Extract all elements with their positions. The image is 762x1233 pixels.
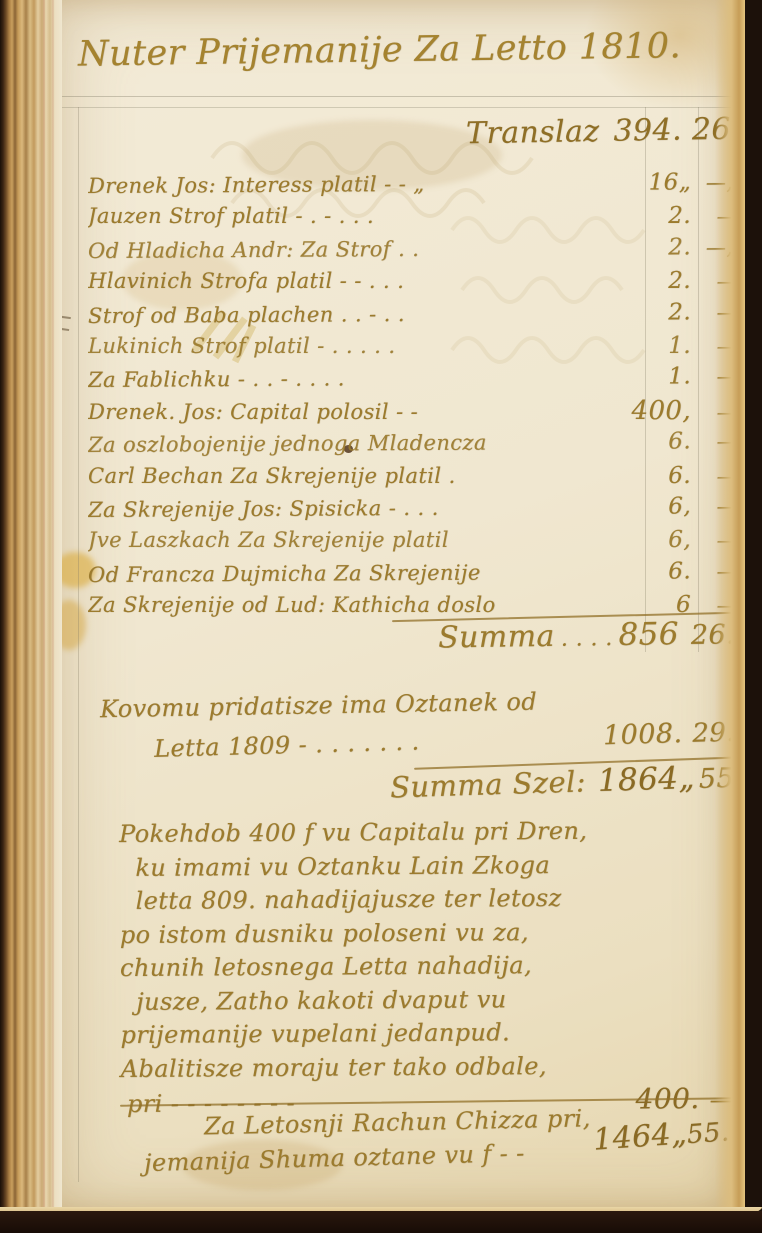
summa-total-label: Summa Szel: — [390, 764, 587, 804]
entry-description: Carl Bechan Za Skrejenije platil . — [88, 460, 617, 492]
entry-amount: 6. — [617, 425, 691, 458]
page-right-edge — [715, 0, 745, 1212]
ledger-row: Lukinich Strof platil - . . . . .1.— — [88, 330, 737, 362]
entry-description: Za Skrejenije Jos: Spisicka - . . . — [88, 491, 617, 527]
entry-description: Od Hladicha Andr: Za Strof . . — [88, 232, 617, 268]
summa-dots: . . . . — [561, 626, 613, 652]
ledger-book: Nuter Prijemanije Za Letto 1810. Transla… — [0, 0, 762, 1233]
carryover-line1: Kovomu pridatisze ima Oztanek od — [62, 684, 735, 724]
carryover-block: Kovomu pridatisze ima Oztanek od Letta 1… — [62, 690, 735, 757]
entry-description: Za Fablichku - . . - . . . . — [88, 361, 617, 397]
entry-amount: 6. — [617, 460, 691, 492]
entry-amount: 1. — [617, 330, 691, 362]
summa-total-amount: 1864„ — [597, 760, 695, 799]
pencil-rule-horizontal — [62, 96, 745, 97]
entry-description: Jve Laszkach Za Skrejenije platil — [88, 524, 617, 556]
entry-amount: 1. — [617, 361, 691, 394]
entry-description: Lukinich Strof platil - . . . . . — [88, 330, 617, 362]
ledger-row: Za Skrejenije Jos: Spisicka - . . .6,— — [88, 490, 737, 526]
entry-amount: 16„ — [617, 166, 691, 199]
carryover-line2-text: Letta 1809 - . . . . . . . — [154, 727, 420, 762]
entry-description: Za oszlobojenije jednoga Mladencza — [88, 426, 617, 462]
background-surface — [0, 1211, 762, 1233]
note-line: Abalitisze moraju ter tako odbale, — [93, 1048, 734, 1086]
closing-amount: 1464„ — [591, 1116, 687, 1157]
note-line: chunih letosnega Letta nahadija, — [92, 948, 733, 986]
ledger-row: Od Francza Dujmicha Za Skrejenije6.— — [88, 555, 737, 591]
carryover-amount: 1008. — [603, 718, 683, 751]
note-line: ku imami vu Oztanku Lain Zkoga — [91, 847, 732, 885]
ledger-row: Jve Laszkach Za Skrejenije platil6,— — [88, 524, 737, 556]
ledger-row: Za oszlobojenije jednoga Mladencza6.— — [88, 425, 737, 461]
note-line: letta 809. nahadijajusze ter letosz — [91, 881, 732, 919]
ledger-row: Od Hladicha Andr: Za Strof . .2.—„ — [88, 231, 737, 267]
entry-amount: 2. — [617, 296, 691, 329]
entry-amount: 6. — [617, 555, 691, 588]
ledger-row: Jauzen Strof platil - . - . . .2.— — [88, 200, 737, 232]
note-paragraph: Pokehdob 400 f vu Capitalu pri Dren, ku … — [91, 814, 734, 1120]
ledger-row: Carl Bechan Za Skrejenije platil .6.— — [88, 460, 737, 492]
note-line: jusze, Zatho kakoti dvaput vu — [92, 981, 733, 1019]
ledger-row: Strof od Baba plachen . . - . .2.— — [88, 296, 737, 332]
entry-description: Strof od Baba plachen . . - . . — [88, 296, 617, 332]
note-line: Pokehdob 400 f vu Capitalu pri Dren, — [91, 814, 732, 852]
note-line: prijemanije vupelani jedanpud. — [92, 1015, 733, 1053]
pencil-rule-horizontal — [62, 107, 745, 108]
ledger-row: Hlavinich Strofa platil - - . . .2.— — [88, 265, 737, 297]
entry-amount: 2. — [617, 200, 691, 232]
translat-row: Translaz394.26 — [466, 112, 731, 152]
margin-double-dash-mark — [62, 315, 71, 331]
summa-amount: 856 — [618, 616, 679, 653]
summa-row: Summa . . . . 856 26. — [62, 615, 735, 660]
note-line: po istom dusniku poloseni vu za, — [92, 914, 733, 952]
ledger-row: Drenek Jos: Interess platil - - „16„—„ — [88, 166, 737, 202]
entry-description: Hlavinich Strofa platil - - . . . — [88, 265, 617, 297]
entry-description: Jauzen Strof platil - . - . . . — [88, 200, 617, 232]
entry-description: Drenek. Jos: Capital polosil - - — [88, 396, 617, 428]
closing-block: Za Letosnji Rachun Chizza pri, jemanija … — [92, 1108, 733, 1170]
entry-description: Od Francza Dujmicha Za Skrejenije — [88, 555, 617, 591]
ledger-row: Drenek. Jos: Capital polosil - -400,— — [88, 395, 737, 427]
ledger-row: Za Fablichku - . . - . . . .1.— — [88, 360, 737, 396]
manuscript-page: Nuter Prijemanije Za Letto 1810. Transla… — [62, 0, 745, 1212]
summa-label: Summa — [438, 619, 555, 656]
entry-amount: 6, — [617, 524, 691, 556]
entry-description: Drenek Jos: Interess platil - - „ — [88, 167, 617, 203]
book-spine-page-edges — [0, 0, 62, 1212]
entry-amount: 400, — [617, 395, 691, 427]
entry-amount: 2. — [617, 265, 691, 297]
translat-amount: 394. — [613, 113, 682, 149]
ledger-entries: Drenek Jos: Interess platil - - „16„—„ J… — [88, 168, 737, 621]
entry-amount: 6, — [617, 490, 691, 523]
summa-total-row: Summa Szel:1864„55. — [390, 758, 744, 805]
translat-label: Translaz — [466, 114, 600, 151]
carryover-line2: Letta 1809 - . . . . . . . 1008. 29. — [62, 717, 735, 767]
entry-amount: 2. — [617, 231, 691, 264]
